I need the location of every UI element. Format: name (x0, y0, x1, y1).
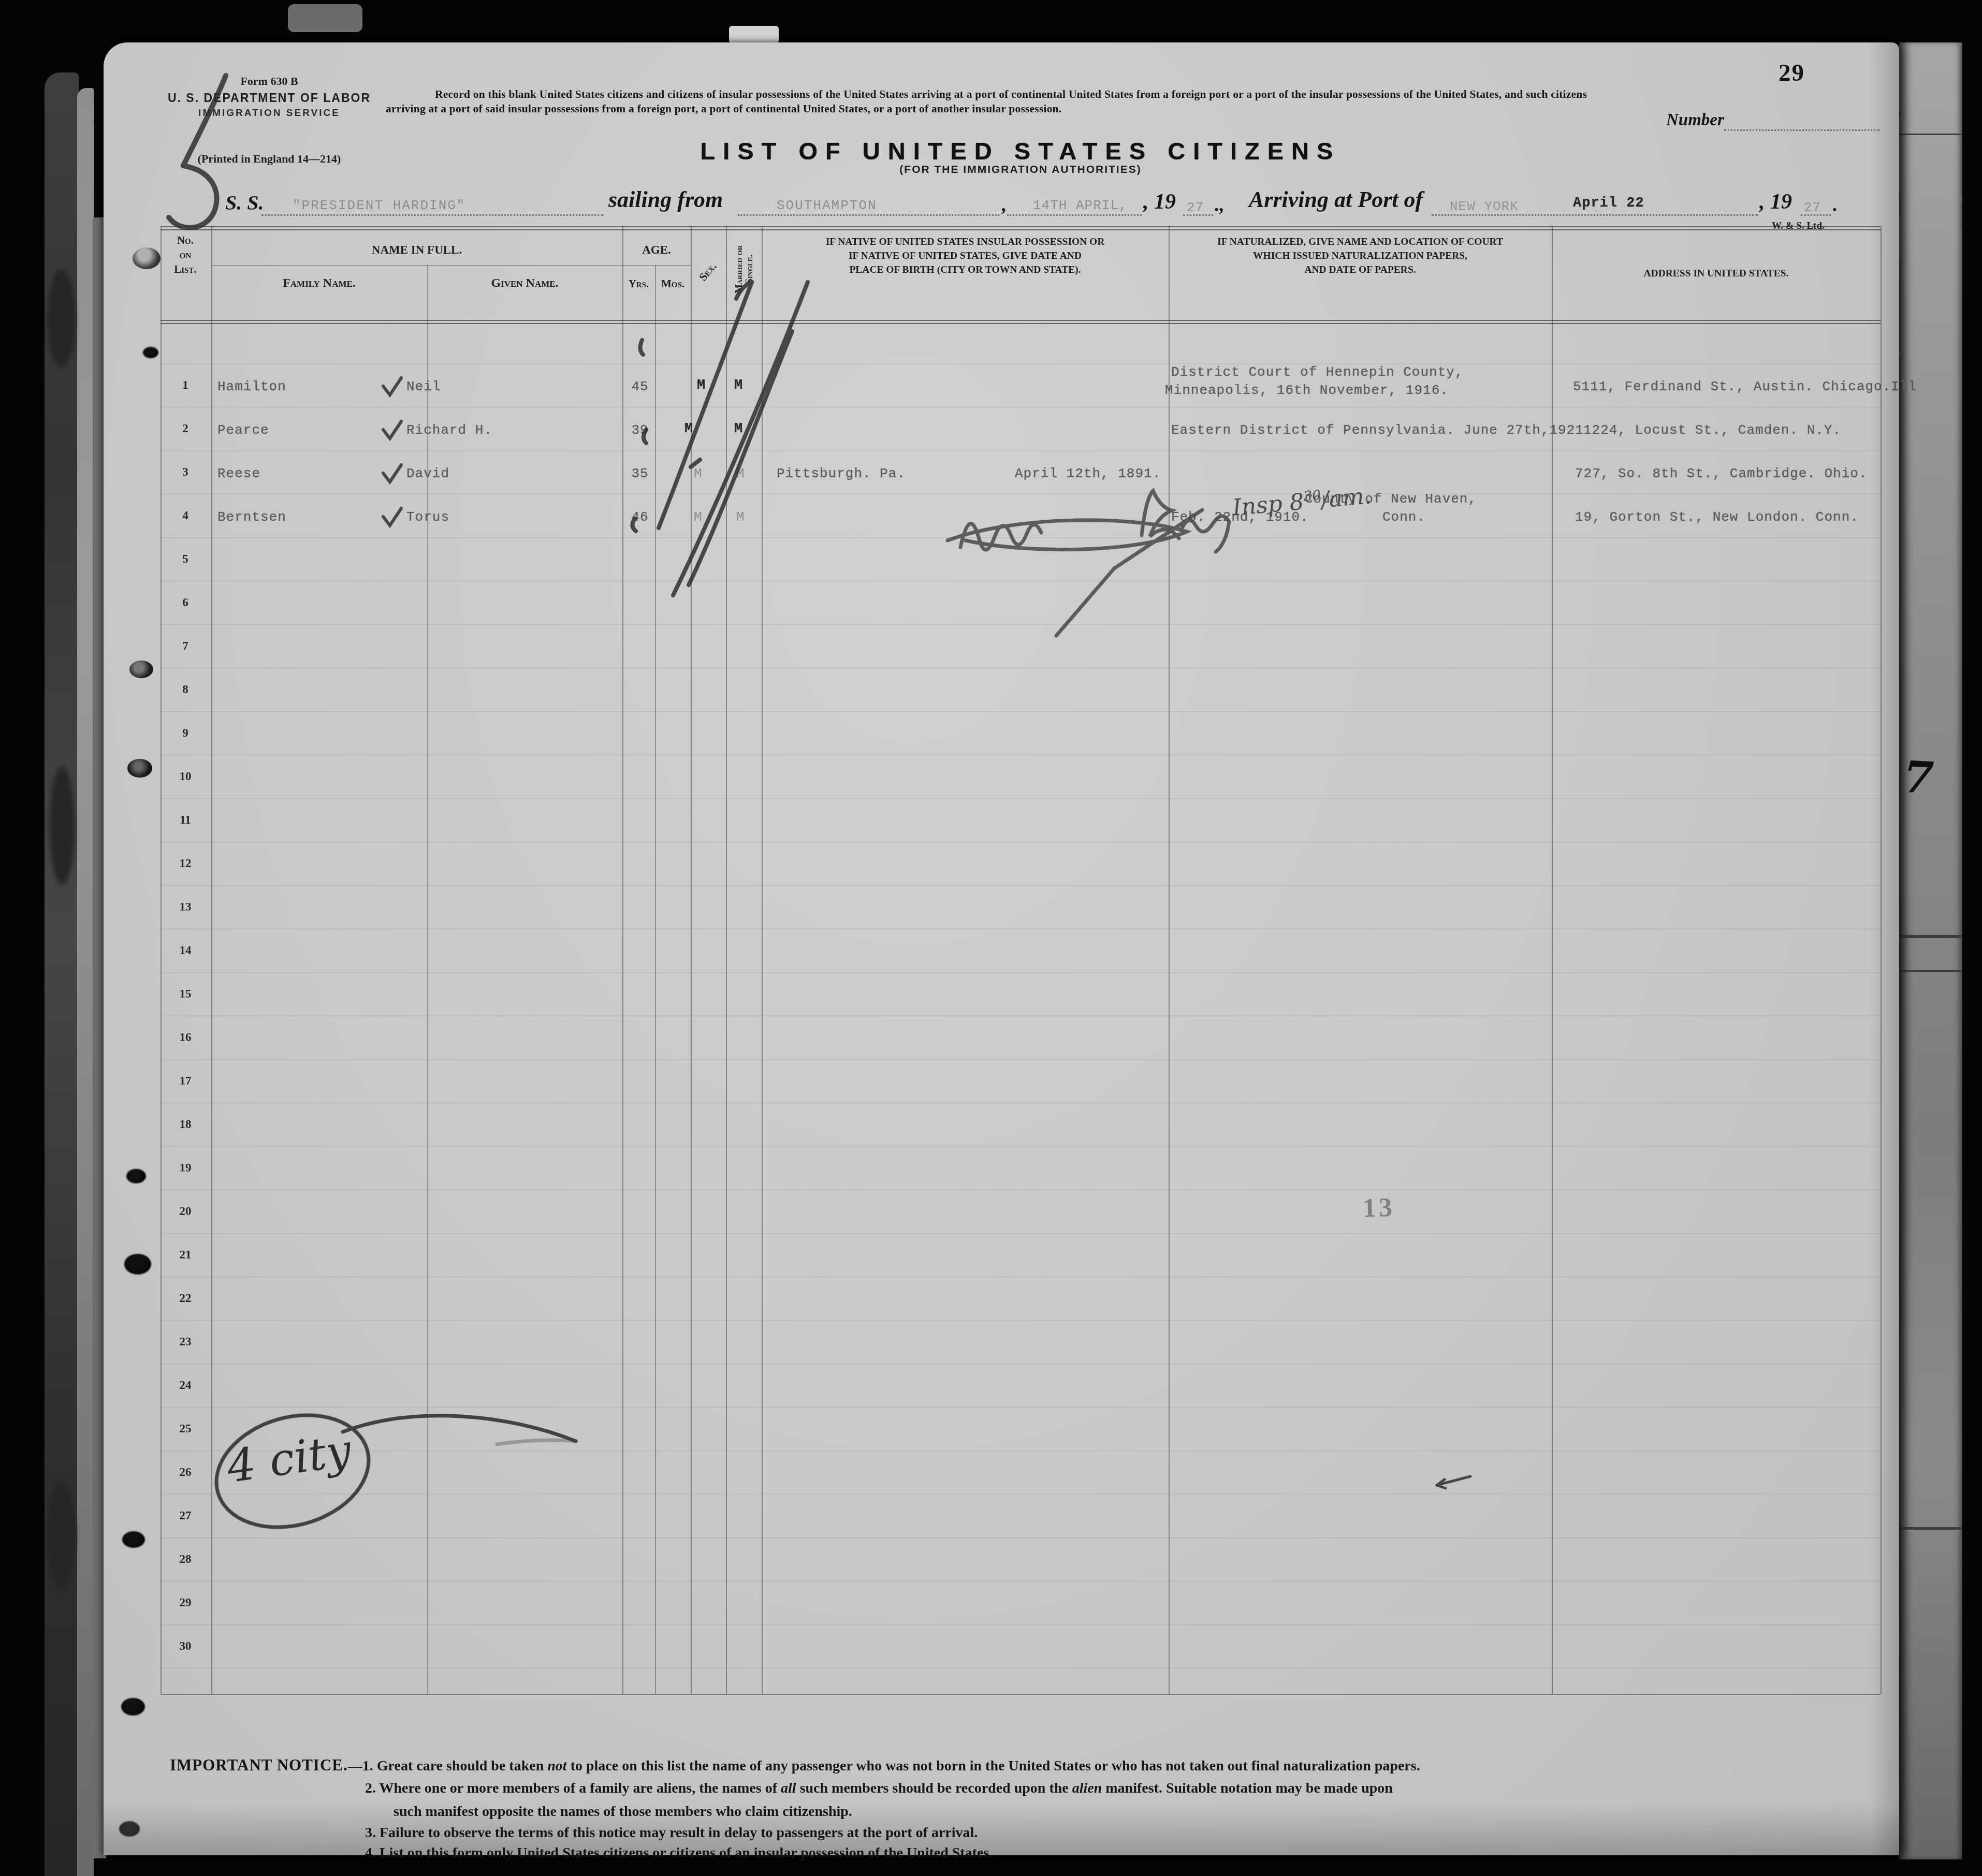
notice-item2-no: 2. (365, 1780, 376, 1796)
stamp-13: 13 (1362, 1192, 1395, 1224)
row-rule-line (161, 1233, 1881, 1234)
header-birth: IF NATIVE OF UNITED STATES INSULAR POSSE… (762, 235, 1169, 277)
row-rule-line (161, 885, 1881, 886)
notice-item2b: such members should be recorded upon the (796, 1780, 1072, 1796)
port-of-arrival: NEW YORK (1450, 199, 1519, 214)
naturalization-cell: Eastern District of Pennsylvania. June 2… (1171, 422, 1593, 438)
punch-hole (124, 1254, 151, 1274)
row-number: 28 (161, 1551, 210, 1567)
col-line-birth-left (762, 226, 763, 1694)
notice-item1-em: not (547, 1758, 566, 1774)
arrival-date: April 22 (1573, 196, 1644, 211)
row-rule-line (161, 1190, 1881, 1190)
arriving-label: Arriving at Port of (1249, 186, 1423, 213)
row-number: 25 (161, 1420, 210, 1437)
sheet-crease (1899, 1527, 1962, 1530)
row-number: 21 (161, 1247, 210, 1263)
notice-line-2: 2. Where one or more members of a family… (365, 1780, 1393, 1797)
table-top-rule (161, 226, 1881, 227)
header-sex: Sex. (688, 250, 728, 294)
ship-name: "PRESIDENT HARDING" (293, 198, 465, 213)
header-given-name: Given Name. (427, 276, 622, 290)
row-number: 24 (161, 1377, 210, 1394)
family-name-cell: Hamilton (217, 379, 286, 394)
punch-hole (129, 661, 153, 678)
header-nat-1: IF NATURALIZED, GIVE NAME AND LOCATION O… (1169, 235, 1552, 249)
married-cell: M (736, 509, 745, 525)
row-number: 19 (161, 1160, 210, 1176)
row-rule-line (161, 1624, 1881, 1625)
age-cell: 35 (625, 466, 654, 481)
sex-cell: M (684, 421, 693, 437)
family-name-cell: Berntsen (217, 509, 286, 525)
sheet-crease (1899, 134, 1962, 135)
header-mid-rule (211, 265, 691, 266)
family-name-cell: Pearce (217, 422, 269, 438)
header-bottom-rule (161, 320, 1881, 321)
row-rule-line (161, 1364, 1881, 1364)
circled-note-text: 4 city (224, 1425, 354, 1493)
notice-item1a: Great care should be taken (377, 1758, 548, 1774)
row-rule-line (161, 1494, 1881, 1494)
row-number: 7 (161, 638, 210, 654)
row-number: 8 (161, 681, 210, 698)
row-rule-line (161, 581, 1881, 581)
row-rule-line (161, 1537, 1881, 1538)
naturalization-cell: Minneapolis, 16th November, 1916. (1165, 383, 1449, 398)
address-cell: 727, So. 8th St., Cambridge. Ohio. (1575, 466, 1868, 481)
notice-dash: — (348, 1758, 362, 1774)
notice-item2c: manifest. Suitable notation may be made … (1102, 1780, 1393, 1796)
age-cell: 45 (625, 379, 654, 394)
row-number: 30 (161, 1638, 210, 1654)
year-end-punct: ., (1215, 194, 1225, 216)
header-age: AGE. (622, 243, 691, 257)
row-number: 9 (161, 725, 210, 741)
header-yrs: Yrs. (622, 277, 655, 290)
header-married-line2: Single. (744, 225, 754, 313)
header-bottom-rule2 (161, 323, 1881, 324)
row-number: 26 (161, 1464, 210, 1481)
row-rule-line (161, 755, 1881, 755)
form-printed-in: (Printed in England 14—214) (135, 152, 404, 166)
col-line-nat-left (1169, 226, 1170, 1694)
row-number: 11 (161, 812, 210, 828)
row-number: 20 (161, 1203, 210, 1220)
header-naturalization: IF NATURALIZED, GIVE NAME AND LOCATION O… (1169, 235, 1552, 277)
inspector-word: Insp (1231, 490, 1284, 521)
page-number: 29 (1779, 59, 1805, 87)
row-rule-line (161, 842, 1881, 842)
header-married-single: Married or Single. (734, 225, 754, 313)
row-rule-line (161, 972, 1881, 973)
col-line-yrs-mos (655, 265, 656, 1694)
brass-fastener (133, 247, 161, 269)
age-cell: 46 (625, 509, 654, 525)
row-rule-line (161, 450, 1881, 451)
row-number: 4 (161, 507, 210, 524)
header-on: on (161, 247, 210, 262)
married-cell: M (734, 421, 743, 437)
bottom-shade (104, 1802, 1899, 1855)
row-number: 22 (161, 1290, 210, 1307)
row-rule-line (161, 1320, 1881, 1321)
header-address: ADDRESS IN UNITED STATES. (1552, 268, 1881, 280)
row-rule-line (161, 929, 1881, 929)
birth-date-cell: April 12th, 1891. (1015, 466, 1161, 481)
header-birth-3: PLACE OF BIRTH (CITY OR TOWN AND STATE). (762, 263, 1169, 277)
sheet-crease (1899, 935, 1962, 938)
address-cell: 1224, Locust St., Camden. N.Y. (1583, 422, 1841, 438)
row-rule-line (161, 1103, 1881, 1103)
col-line-age-left (622, 226, 623, 1694)
notice-heading: IMPORTANT NOTICE. (170, 1756, 348, 1774)
given-name-cell: Neil (406, 379, 441, 394)
number-blank-line (1724, 129, 1879, 131)
col-line-sex-left (691, 226, 692, 1694)
ss-label: S. S. (225, 190, 264, 215)
form-instructions: Record on this blank United States citiz… (386, 87, 1587, 116)
col-line-address-left (1552, 226, 1553, 1694)
row-number: 23 (161, 1333, 210, 1350)
departure-date-line (1007, 214, 1142, 216)
port-of-departure: SOUTHAMPTON (777, 198, 877, 213)
notice-line-1: IMPORTANT NOTICE.—1. Great care should b… (170, 1756, 1420, 1775)
scanned-manifest-page: 7 Form 630 B U. S. DEPARTMENT OF LABOR I… (0, 0, 1982, 1876)
row-number: 2 (161, 420, 210, 437)
sailing-from-label: sailing from (608, 186, 723, 213)
row-rule-line (161, 1016, 1881, 1016)
row-number: 13 (161, 899, 210, 915)
sex-cell: M (694, 466, 703, 481)
row-number: 3 (161, 464, 210, 480)
married-cell: M (734, 378, 743, 393)
row-rule-line (161, 1407, 1881, 1408)
row-rule-line (161, 1450, 1881, 1451)
pencil-annotations-overlay (104, 42, 1899, 1855)
given-name-cell: Torus (406, 509, 449, 525)
row-number: 1 (161, 377, 210, 393)
row-number: 16 (161, 1029, 210, 1046)
family-name-cell: Reese (217, 466, 260, 481)
number-label: Number (1666, 111, 1724, 130)
row-number: 10 (161, 768, 210, 785)
header-mos: Mos. (655, 277, 691, 290)
form-title: LIST OF UNITED STATES CITIZENS (503, 137, 1538, 165)
form-department: U. S. DEPARTMENT OF LABOR (135, 91, 404, 105)
punch-hole (126, 1169, 146, 1183)
form-service: IMMIGRATION SERVICE (155, 108, 383, 119)
form-number: Form 630 B (155, 75, 383, 88)
notice-item2a: Where one or more members of a family ar… (380, 1780, 781, 1796)
ship-name-line (261, 214, 603, 216)
time-suffix: /am. (1320, 482, 1373, 513)
manifest-form-page: Form 630 B U. S. DEPARTMENT OF LABOR IMM… (104, 42, 1899, 1855)
punch-hole (127, 759, 152, 778)
row-rule-line (161, 1581, 1881, 1581)
header-no: No. (161, 233, 210, 247)
notice-item1-no: 1. (362, 1758, 373, 1774)
given-name-cell: Richard H. (406, 422, 492, 438)
row-rule-line (161, 494, 1881, 494)
notice-item1b: to place on this list the name of any pa… (567, 1758, 1420, 1774)
year-19-print-2: , 19 (1759, 189, 1792, 214)
left-paper-edge-light (77, 88, 94, 1876)
paper-scrap-top (288, 4, 362, 32)
punch-hole (121, 1698, 145, 1716)
comma-print: , (1002, 194, 1007, 216)
col-line-no (211, 226, 212, 1694)
row-number: 5 (161, 551, 210, 567)
edge-blotch (48, 269, 76, 368)
row-rule-line (161, 1277, 1881, 1277)
departure-date: 14TH APRIL, (1033, 198, 1128, 213)
naturalization-cell: District Court of Hennepin County, (1171, 364, 1464, 380)
row-rule-line (161, 798, 1881, 799)
pencil-slash-marks (632, 282, 808, 595)
paper-scrap-top (729, 26, 779, 43)
time-minutes: 30 (1303, 487, 1321, 505)
row-rule-line (161, 537, 1881, 538)
row-number: 6 (161, 594, 210, 611)
header-list: List. (161, 262, 210, 276)
col-line-sex-married (726, 226, 727, 1694)
address-cell: 19, Gorton St., New London. Conn. (1575, 509, 1859, 525)
port-arrival-line (1432, 214, 1758, 216)
table-bottom-rule (161, 1694, 1881, 1695)
notice-item2-em1: all (781, 1780, 796, 1796)
punch-hole (143, 347, 158, 358)
row-rule-line (161, 1668, 1881, 1668)
given-name-cell: David (406, 466, 449, 481)
naturalization-cell: Conn. (1382, 509, 1425, 525)
table-top-rule2 (161, 229, 1881, 230)
row-rule-line (161, 668, 1881, 668)
row-rule-line (161, 407, 1881, 407)
sex-cell: M (697, 378, 706, 393)
edge-blotch (50, 766, 75, 885)
married-cell: M (736, 466, 745, 481)
pencil-arrow (1437, 1476, 1470, 1488)
header-no-on-list: No. on List. (161, 233, 210, 276)
header-birth-2: IF NATIVE OF UNITED STATES, GIVE DATE AN… (762, 249, 1169, 263)
row-rule-line (161, 1059, 1881, 1060)
age-cell: 39 (625, 422, 654, 438)
handwritten-sheet-number: 7 (1902, 751, 1935, 804)
sheet-crease (1899, 970, 1962, 972)
pencil-checkmarks (383, 378, 401, 525)
row-rule-line (161, 363, 1881, 364)
row-rule-line (161, 1146, 1881, 1147)
header-nat-2: WHICH ISSUED NATURALIZATION PAPERS, (1169, 249, 1552, 263)
sex-cell: M (694, 509, 703, 525)
header-married-line1: Married or (734, 225, 744, 313)
header-name-in-full: NAME IN FULL. (211, 243, 622, 257)
row-rule-line (161, 711, 1881, 712)
address-cell: 5111, Ferdinand St., Austin. Chicago.Ill (1573, 379, 1917, 394)
row-number: 14 (161, 942, 210, 959)
row-number: 17 (161, 1073, 210, 1089)
row-number: 27 (161, 1507, 210, 1524)
row-number: 18 (161, 1116, 210, 1133)
row-rule-line (161, 624, 1881, 625)
form-subtitle: (FOR THE IMMIGRATION AUTHORITIES) (503, 164, 1538, 176)
edge-blotch (47, 1481, 76, 1589)
header-birth-1: IF NATIVE OF UNITED STATES INSULAR POSSE… (762, 235, 1169, 249)
header-nat-3: AND DATE OF PAPERS. (1169, 263, 1552, 277)
row-number: 15 (161, 986, 210, 1002)
col-line-right (1881, 226, 1882, 1694)
arrival-end-punct: . (1833, 194, 1838, 216)
year-19-print: , 19 (1143, 189, 1176, 214)
departure-year: 27 (1187, 200, 1204, 215)
arrival-year: 27 (1804, 200, 1821, 215)
header-family-name: Family Name. (211, 276, 427, 290)
birth-place-cell: Pittsburgh. Pa. (777, 466, 906, 481)
row-number: 12 (161, 855, 210, 872)
notice-item2-em2: alien (1072, 1780, 1102, 1796)
right-sheet-stack (1899, 42, 1962, 1859)
port-departure-line (738, 214, 999, 216)
punch-hole (122, 1531, 145, 1548)
row-number: 29 (161, 1594, 210, 1611)
